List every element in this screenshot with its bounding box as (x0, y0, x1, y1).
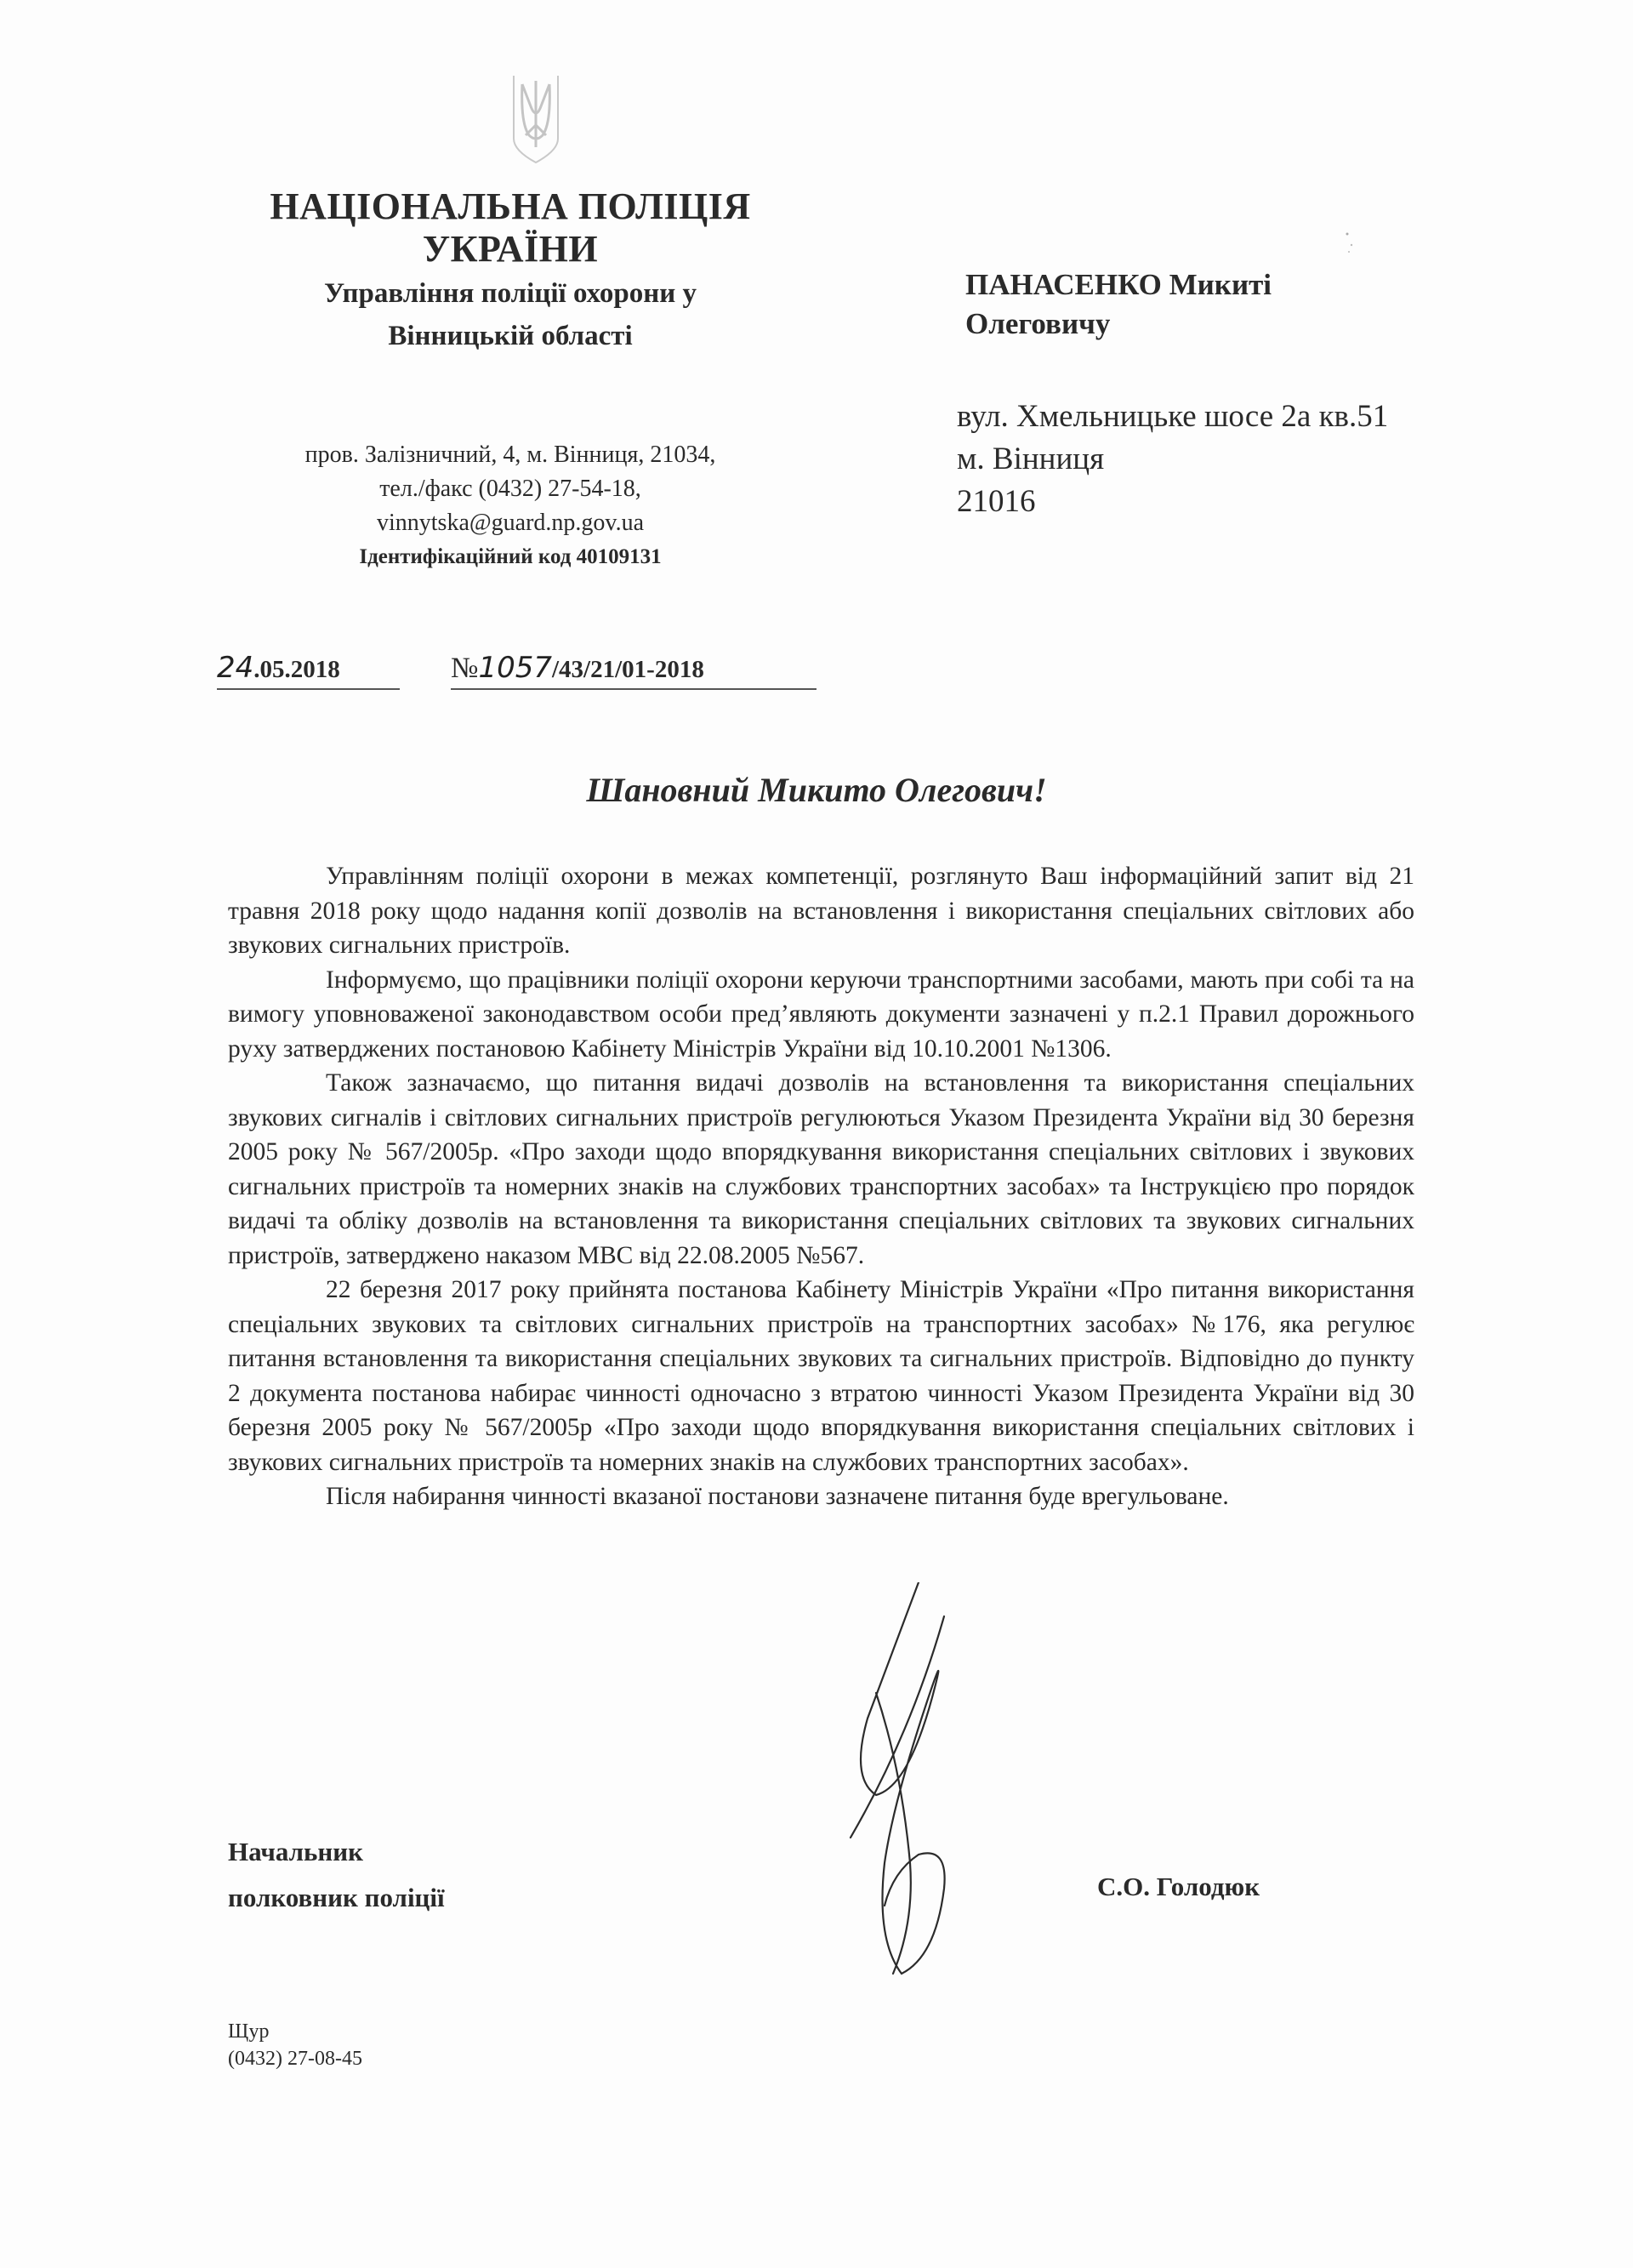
body-paragraph: 22 березня 2017 року прийнята постанова … (228, 1273, 1414, 1479)
department-line2: Вінницькій області (221, 316, 799, 356)
recipient-name-line2: Олеговичу (965, 305, 1272, 344)
body-paragraph: Управлінням поліції охорони в межах комп… (228, 859, 1414, 963)
body-paragraph: Також зазначаємо, що питання видачі дозв… (228, 1066, 1414, 1273)
salutation: Шановний Микито Олегович! (0, 770, 1633, 810)
position-line1: Начальник (228, 1829, 445, 1875)
body-paragraph: Інформуємо, що працівники поліції охорон… (228, 963, 1414, 1067)
position-line2: полковник поліції (228, 1875, 445, 1921)
sender-id-code: Ідентифікаційний код 40109131 (221, 540, 799, 574)
number-handwritten: 1057 (478, 651, 552, 685)
sender-phone: тел./факс (0432) 27-54-18, (221, 472, 799, 506)
signatory-position: Начальник полковник поліції (228, 1829, 445, 1921)
handwritten-signature-icon (816, 1582, 1004, 1982)
department-line1: Управління поліції охорони у (221, 274, 799, 313)
sender-organization: НАЦІОНАЛЬНА ПОЛІЦІЯ УКРАЇНИ Управління п… (221, 185, 799, 356)
number-printed: /43/21/01-2018 (552, 656, 704, 683)
document-date: 24.05.2018 (217, 651, 400, 690)
org-name-line1: НАЦІОНАЛЬНА ПОЛІЦІЯ (221, 185, 799, 228)
sender-address: пров. Залізничний, 4, м. Вінниця, 21034, (221, 438, 799, 472)
number-sign: № (451, 652, 478, 684)
org-name-line2: УКРАЇНИ (221, 228, 799, 271)
scan-artifact (1344, 230, 1356, 255)
recipient-street: вул. Хмельницьке шосе 2а кв.51 (957, 396, 1388, 438)
executor-name: Щур (228, 2018, 362, 2045)
trident-emblem-icon (510, 72, 561, 166)
recipient-address: вул. Хмельницьке шосе 2а кв.51 м. Вінниц… (957, 396, 1388, 523)
date-printed: .05.2018 (253, 656, 340, 683)
date-handwritten: 24 (217, 651, 253, 685)
signatory-name: С.О. Голодюк (1097, 1872, 1260, 1902)
executor-phone: (0432) 27-08-45 (228, 2045, 362, 2072)
executor-info: Щур (0432) 27-08-45 (228, 2018, 362, 2072)
sender-email: vinnytska@guard.np.gov.ua (221, 506, 799, 540)
document-number: №1057/43/21/01-2018 (451, 651, 816, 690)
recipient-postcode: 21016 (957, 481, 1388, 523)
recipient-name-line1: ПАНАСЕНКО Микиті (965, 265, 1272, 305)
body-paragraph: Після набирання чинності вказаної постан… (228, 1479, 1414, 1514)
recipient-name: ПАНАСЕНКО Микиті Олеговичу (965, 265, 1272, 344)
letter-body: Управлінням поліції охорони в межах комп… (228, 859, 1414, 1514)
sender-contacts: пров. Залізничний, 4, м. Вінниця, 21034,… (221, 438, 799, 574)
recipient-city: м. Вінниця (957, 438, 1388, 481)
